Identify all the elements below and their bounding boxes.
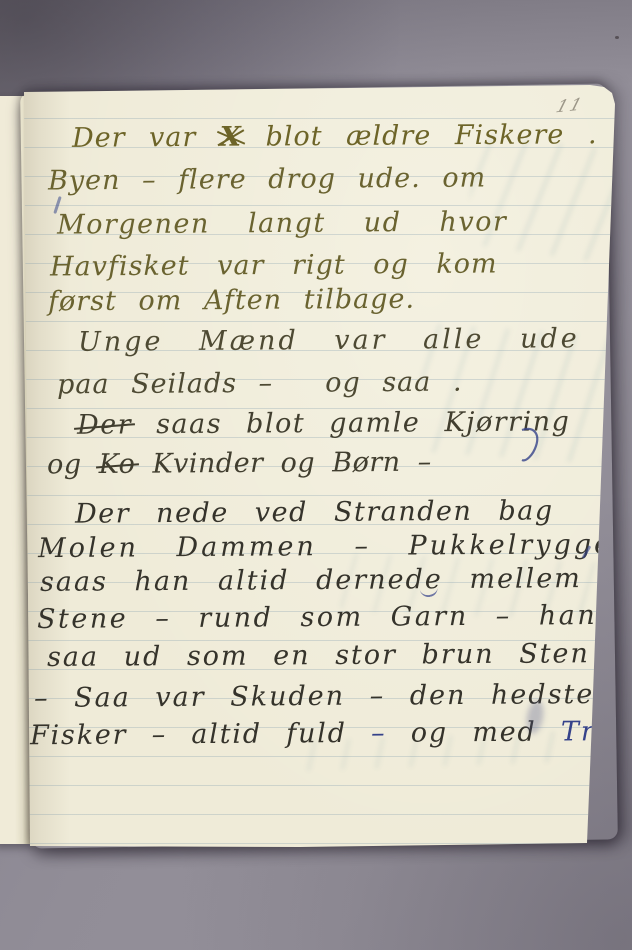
manuscript-line-10: Der nede ved Stranden bag — [75, 495, 554, 529]
struck-word: X — [220, 122, 242, 153]
line-text: Havfisket var rigt og kom — [50, 248, 498, 282]
dust-speck — [615, 36, 619, 39]
show-through-mark — [463, 132, 627, 264]
line-text: Stene – rund som Garn – han — [37, 600, 597, 635]
line-text: Morgenen langt ud hvor — [57, 206, 508, 240]
page-number: 11 — [554, 95, 587, 118]
line-text: Kvinder og Børn – — [135, 447, 432, 480]
manuscript-line-5: først om Aften tilbage. — [48, 284, 415, 318]
line-text: først om Aften tilbage. — [48, 284, 415, 318]
line-text: og saa . — [325, 367, 463, 399]
struck-word: Der — [77, 409, 132, 440]
manuscript-line-13: Stene – rund som Garn – han — [37, 600, 597, 635]
manuscript-line-9: og Ko Kvinder og Børn – — [47, 447, 432, 481]
manuscript-line-6: Unge Mænd var alle ude — [78, 323, 580, 358]
line-text: saas han altid dernede mellem — [40, 563, 582, 598]
manuscript-line-2: Byen – flere drog ude. om — [48, 162, 486, 196]
line-text: paa Seilads – — [57, 368, 273, 401]
manuscript-line-8: Der saas blot gamle Kjørring — [77, 406, 571, 440]
line-text: saa ud som en stor brun Sten — [47, 638, 615, 673]
line-text: og — [47, 449, 99, 480]
line-text: Molen Dammen – Pukkelryggede — [38, 529, 632, 564]
line-text: blot ældre Fiskere . — [242, 119, 598, 152]
manuscript-line-3: Morgenen langt ud hvor — [57, 206, 508, 240]
manuscript-line-12: saas han altid dernede mellem — [40, 563, 582, 598]
line-text: Byen – flere drog ude. om — [48, 162, 486, 196]
blue-ink-swash — [520, 424, 550, 466]
blue-ink-dash: – — [614, 638, 630, 669]
manuscript-line-14: saa ud som en stor brun Sten – — [47, 638, 630, 673]
notebook-page: 11 Der var X blot ældre Fiskere . Byen –… — [0, 0, 632, 950]
line-text: Fisker – altid fuld — [30, 718, 371, 751]
line-text: – Saa var Skuden – den hedste — [34, 679, 595, 714]
manuscript-line-4: Havfisket var rigt og kom — [50, 248, 498, 282]
manuscript-line-1: Der var X blot ældre Fiskere . — [72, 119, 598, 154]
line-text: saas blot gamle Kjørring — [132, 406, 570, 440]
line-text: Unge Mænd var alle ude — [78, 323, 580, 358]
manuscript-line-15: – Saa var Skuden – den hedste — [34, 679, 595, 714]
photographed-notebook: 11 Der var X blot ældre Fiskere . Byen –… — [0, 0, 632, 950]
struck-word: Ko — [99, 449, 136, 480]
line-text: Der nede ved Stranden bag — [75, 495, 554, 529]
line-text: Der var — [72, 122, 220, 154]
manuscript-line-7: paa Seilads –og saa . — [57, 367, 463, 401]
blue-ink-dash: – — [371, 718, 387, 749]
manuscript-line-11: Molen Dammen – Pukkelryggede — [38, 529, 632, 564]
